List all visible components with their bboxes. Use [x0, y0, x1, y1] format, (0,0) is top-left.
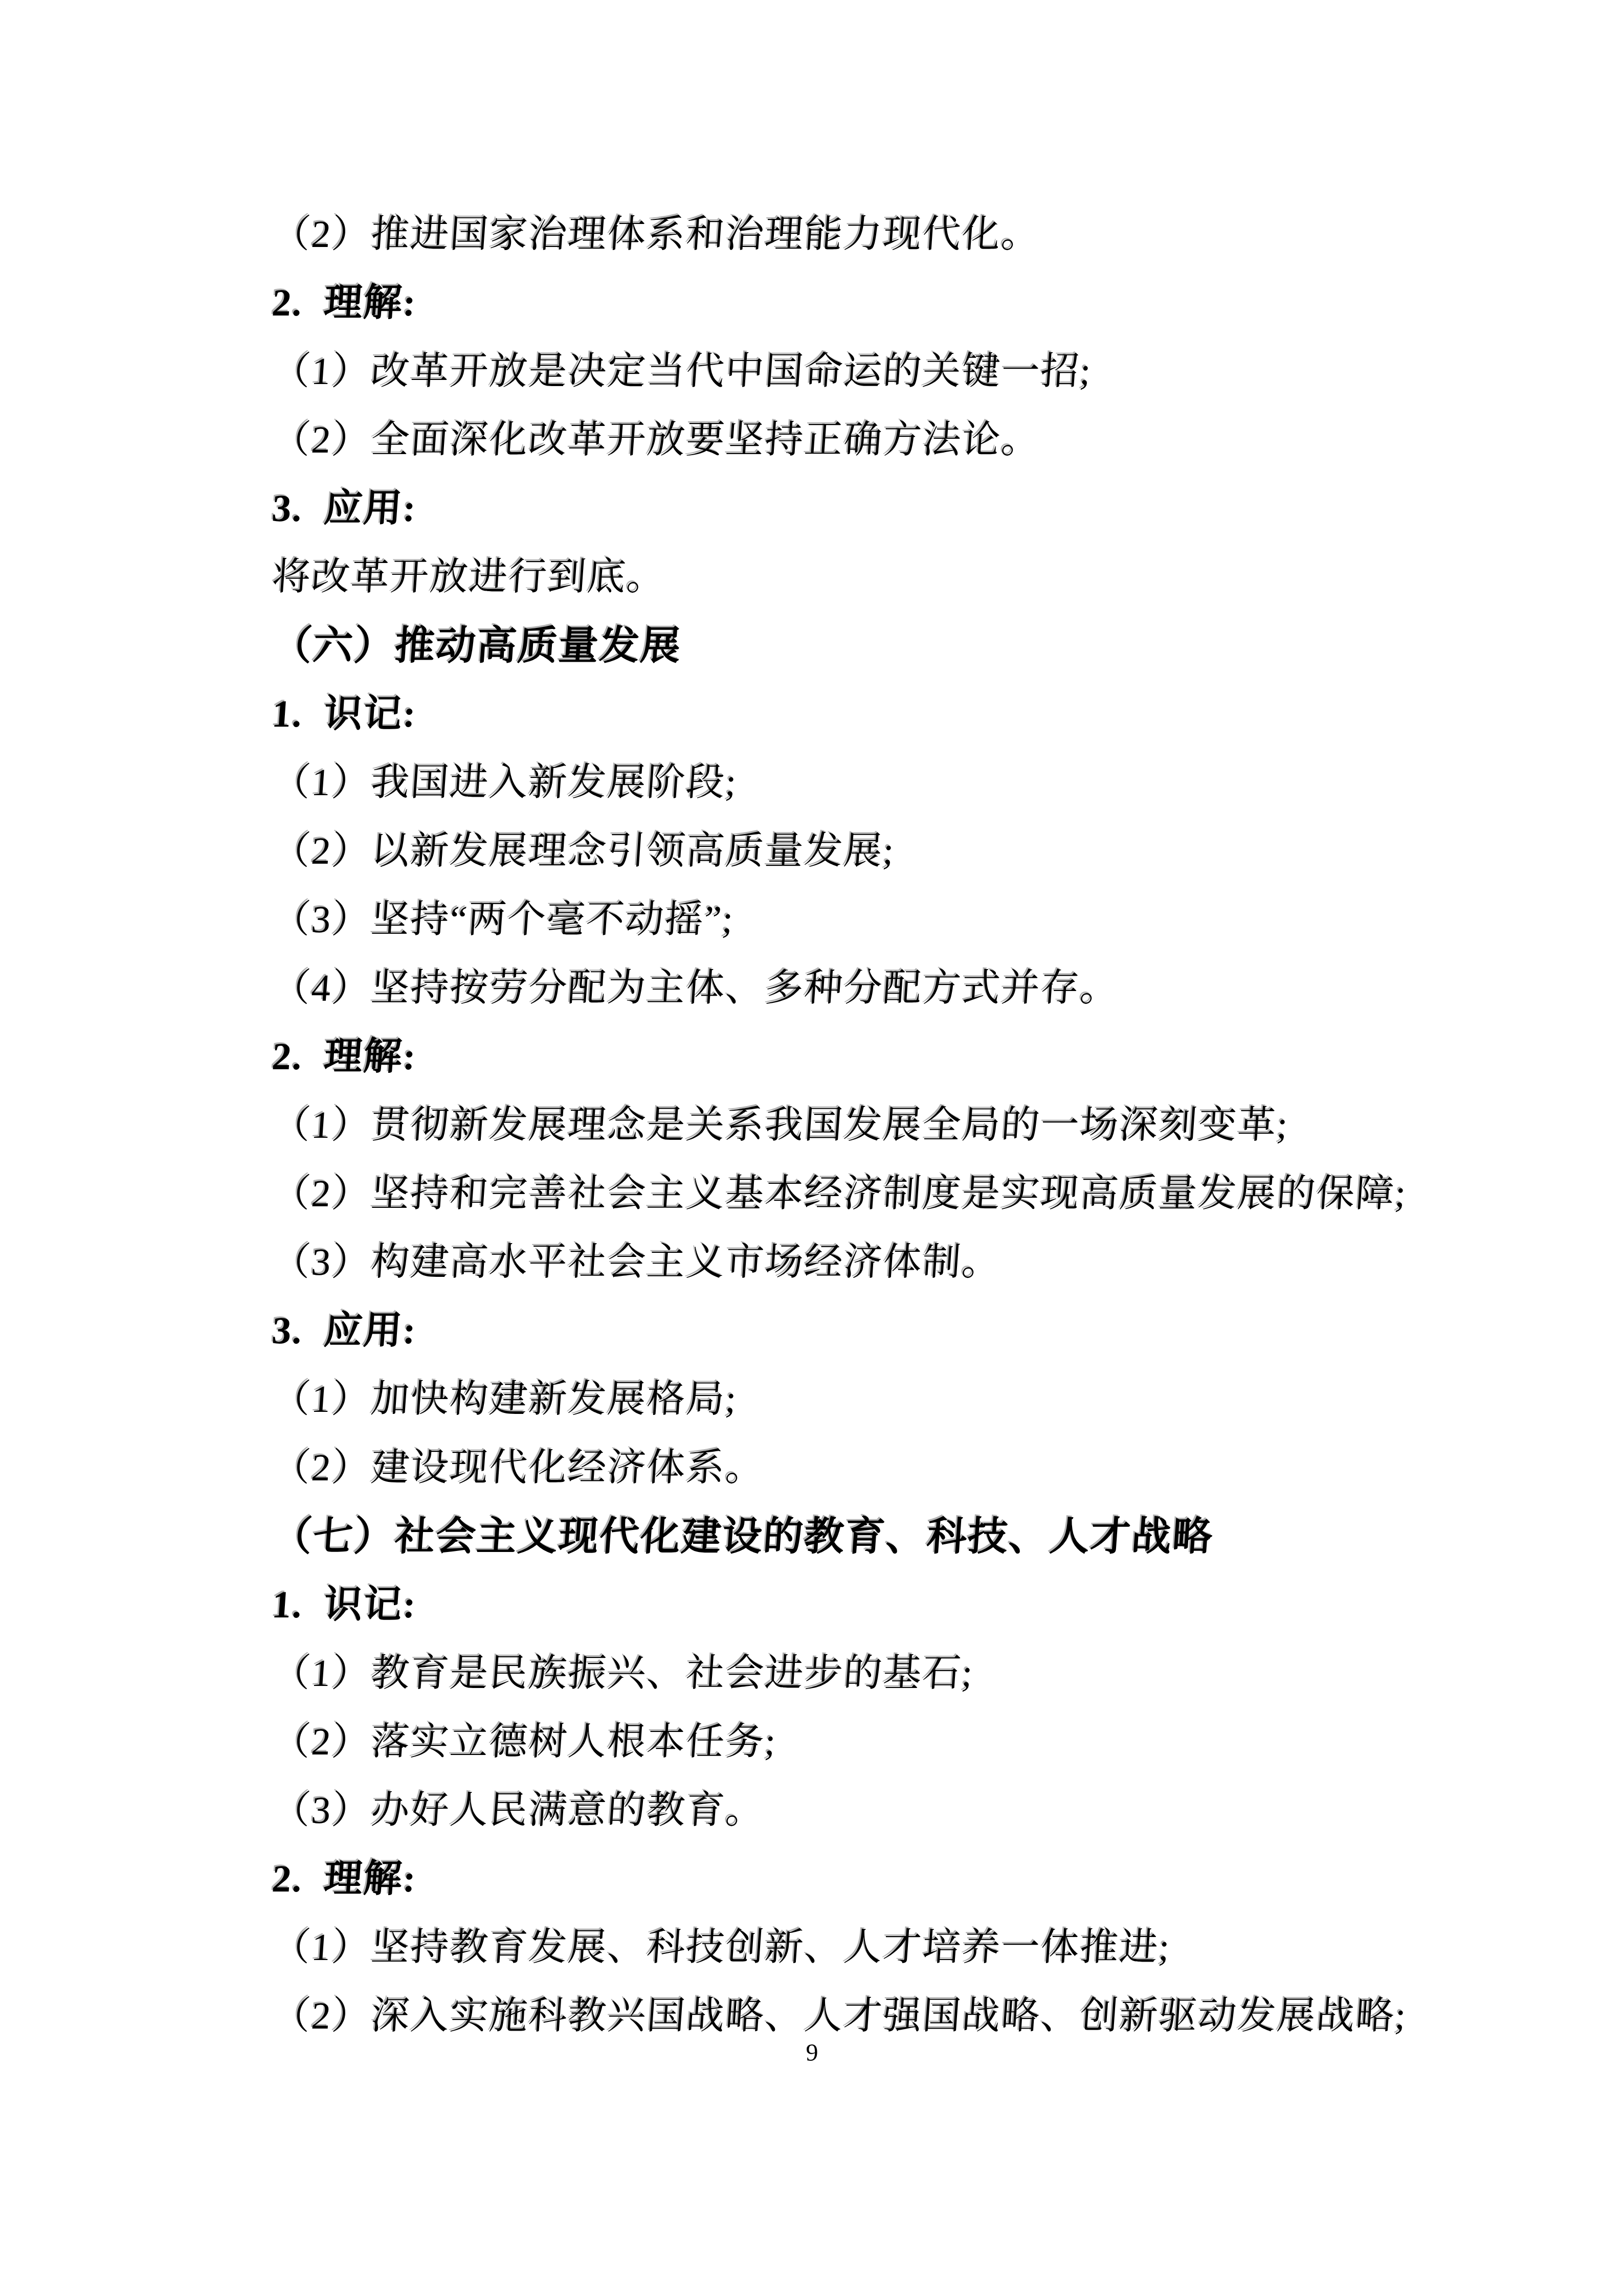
document-page: （2）推进国家治理体系和治理能力现代化。2. 理解:（1）改革开放是决定当代中国…: [0, 0, 1624, 2296]
document-line-header: 2. 理解:: [270, 1023, 1549, 1091]
document-line-item: （1）加快构建新发展格局;: [270, 1365, 1549, 1434]
document-line-item: （2）落实立德树人根本任务;: [270, 1708, 1549, 1776]
document-line-item: （3）办好人民满意的教育。: [270, 1776, 1549, 1845]
document-line-item: （2）以新发展理念引领高质量发展;: [270, 817, 1549, 886]
document-body: （2）推进国家治理体系和治理能力现代化。2. 理解:（1）改革开放是决定当代中国…: [272, 200, 1547, 2051]
document-line-item: （2）建设现代化经济体系。: [270, 1434, 1549, 1502]
document-line-item: （1）坚持教育发展、科技创新、人才培养一体推进;: [270, 1914, 1549, 1982]
document-line-item: （1）改革开放是决定当代中国命运的关键一招;: [270, 337, 1549, 406]
document-line-item: （4）坚持按劳分配为主体、多种分配方式并存。: [270, 954, 1549, 1023]
document-line-section: （七）社会主义现代化建设的教育、科技、人才战略: [270, 1502, 1549, 1571]
document-line-header: 1. 识记:: [270, 680, 1549, 749]
document-line-item: （2）全面深化改革开放要坚持正确方法论。: [270, 406, 1549, 475]
document-line-item: （2）坚持和完善社会主义基本经济制度是实现高质量发展的保障;: [270, 1160, 1549, 1228]
document-line-item: （3）坚持“两个毫不动摇”;: [270, 886, 1549, 954]
document-line-item: （2）推进国家治理体系和治理能力现代化。: [270, 200, 1549, 269]
document-line-header: 1. 识记:: [270, 1571, 1549, 1639]
document-line-header: 3. 应用:: [270, 475, 1549, 543]
document-line-item: （1）教育是民族振兴、社会进步的基石;: [270, 1639, 1549, 1708]
document-line-header: 2. 理解:: [270, 269, 1549, 337]
document-line-item: （1）我国进入新发展阶段;: [270, 749, 1549, 817]
document-line-item: （3）构建高水平社会主义市场经济体制。: [270, 1228, 1549, 1297]
document-line-header: 2. 理解:: [270, 1845, 1549, 1914]
document-line-item: （1）贯彻新发展理念是关系我国发展全局的一场深刻变革;: [270, 1091, 1549, 1160]
page-number: 9: [0, 2038, 1624, 2068]
document-line-section: （六）推动高质量发展: [270, 612, 1549, 680]
document-line-header: 3. 应用:: [270, 1297, 1549, 1365]
document-line-plain: 将改革开放进行到底。: [270, 543, 1549, 612]
